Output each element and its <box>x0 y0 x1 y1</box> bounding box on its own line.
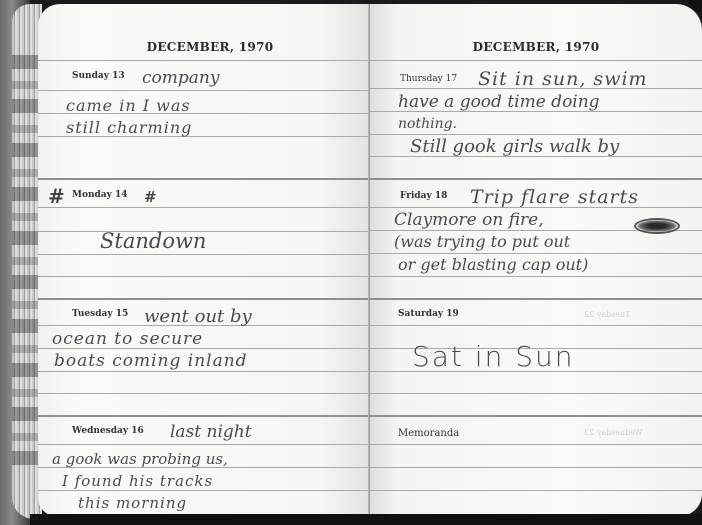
entry-line: this morning <box>78 494 187 512</box>
entry-line: or get blasting cap out) <box>398 255 588 274</box>
entry-line: have a good time doing <box>398 92 600 112</box>
entry-line: went out by <box>144 306 252 327</box>
day-label-monday: Monday 14 <box>72 190 128 200</box>
entry-line: ocean to secure <box>52 329 203 349</box>
scribbled-out-word <box>634 218 680 234</box>
entry-line: (was trying to put out <box>394 232 570 251</box>
day-label-friday: Friday 18 <box>400 191 447 201</box>
cover-bottom-edge <box>30 514 702 525</box>
margin-mark: # <box>48 184 65 208</box>
day-label-saturday: Saturday 19 <box>398 309 459 319</box>
entry-line: nothing. <box>398 116 457 132</box>
entry-line: company <box>142 68 219 88</box>
entry-line: Claymore on fire, <box>394 210 544 230</box>
memoranda-label: Memoranda <box>398 428 459 439</box>
page-heading: DECEMBER, 1970 <box>38 40 370 54</box>
entry-line: came in I was <box>66 96 191 115</box>
entry-line: Standown <box>100 229 206 253</box>
day-label-tuesday: Tuesday 15 <box>72 309 128 319</box>
day-label-wednesday: Wednesday 16 <box>72 426 144 436</box>
entry-line: last night <box>170 422 252 442</box>
page-heading: DECEMBER, 1970 <box>370 40 702 54</box>
entry-line: boats coming inland <box>54 351 248 371</box>
left-page: DECEMBER, 1970 Sunday 13 company came in… <box>38 4 370 516</box>
right-page: DECEMBER, 1970 Tuesday 22 Wednesday 23 T… <box>370 4 702 516</box>
entry-line: still charming <box>66 118 192 137</box>
entry-line: Still gook girls walk by <box>410 136 619 157</box>
entry-line: Sat in Sun <box>412 340 575 373</box>
day-label-sunday: Sunday 13 <box>72 71 125 81</box>
entry-line: a gook was probing us, <box>52 450 228 468</box>
entry-line: Sit in sun, swim <box>478 68 648 90</box>
entry-line: I found his tracks <box>62 472 213 490</box>
margin-mark: # <box>144 188 157 206</box>
index-tabs <box>12 55 38 475</box>
entry-line: Trip flare starts <box>470 186 639 208</box>
day-label-thursday: Thursday 17 <box>400 74 457 84</box>
bleed-through-text: Wednesday 23 <box>584 428 643 437</box>
open-diary: DECEMBER, 1970 Sunday 13 company came in… <box>0 0 702 525</box>
bleed-through-text: Tuesday 22 <box>584 310 630 319</box>
